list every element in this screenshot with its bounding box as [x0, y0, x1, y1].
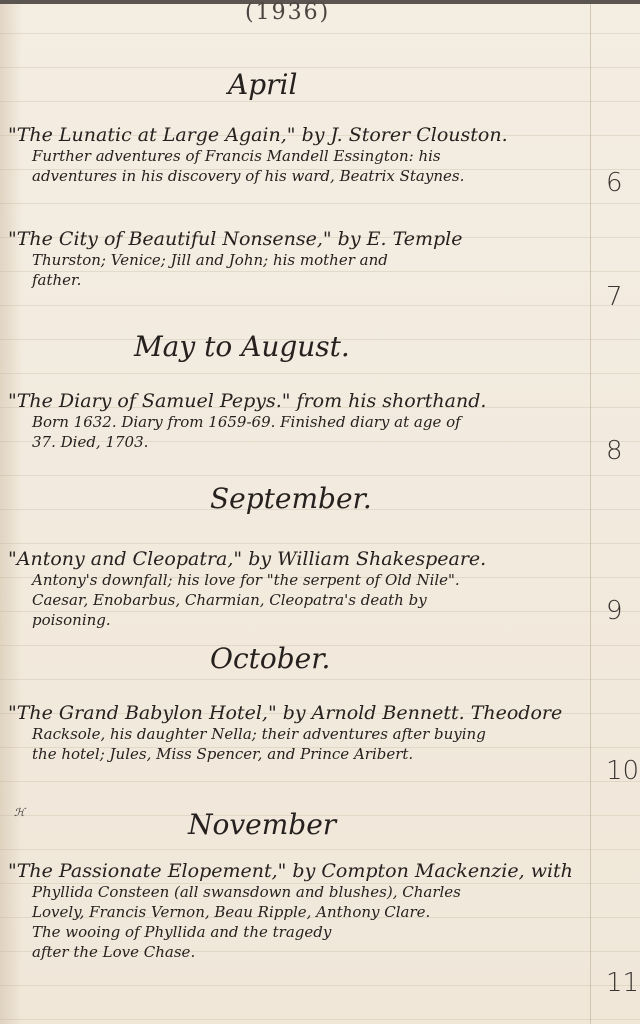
entry-description: Further adventures of Francis Mandell Es…: [8, 146, 578, 186]
desc-line: Thurston; Venice; Jill and John; his mot…: [32, 250, 578, 270]
entry-city-of-beautiful-nonsense: "The City of Beautiful Nonsense," by E. …: [8, 228, 578, 290]
page-number: 9: [606, 596, 623, 626]
month-heading-october: October.: [210, 642, 330, 675]
desc-line: Racksole, his daughter Nella; their adve…: [32, 724, 578, 744]
month-heading-april: April: [228, 68, 297, 101]
entry-description: Phyllida Consteen (all swansdown and blu…: [8, 882, 578, 962]
margin-scribble: ℋ: [14, 806, 25, 819]
right-margin-line: [590, 4, 591, 1024]
desc-line: poisoning.: [32, 610, 578, 630]
entry-title-line: "The Diary of Samuel Pepys." from his sh…: [8, 390, 578, 412]
month-heading-may-to-august: May to August.: [134, 330, 350, 363]
desc-line: Antony's downfall; his love for "the ser…: [32, 570, 578, 590]
entry-title-line: "The City of Beautiful Nonsense," by E. …: [8, 228, 578, 250]
entry-antony-and-cleopatra: "Antony and Cleopatra," by William Shake…: [8, 548, 578, 630]
month-heading-november: November: [188, 808, 336, 841]
entry-description: Antony's downfall; his love for "the ser…: [8, 570, 578, 630]
desc-line: father.: [32, 270, 578, 290]
diary-page: (1936) April "The Lunatic at Large Again…: [0, 0, 640, 1024]
entry-description: Born 1632. Diary from 1659-69. Finished …: [8, 412, 578, 452]
page-number: 11: [606, 968, 639, 998]
desc-line: 37. Died, 1703.: [32, 432, 578, 452]
desc-line: the hotel; Jules, Miss Spencer, and Prin…: [32, 744, 578, 764]
desc-line: Lovely, Francis Vernon, Beau Ripple, Ant…: [32, 902, 578, 922]
page-number: 6: [606, 168, 623, 198]
desc-line: Phyllida Consteen (all swansdown and blu…: [32, 882, 578, 902]
entry-title-line: "The Passionate Elopement," by Compton M…: [8, 860, 578, 882]
page-number: 10: [606, 756, 639, 786]
desc-line: Caesar, Enobarbus, Charmian, Cleopatra's…: [32, 590, 578, 610]
desc-line: after the Love Chase.: [32, 942, 578, 962]
page-number: 7: [606, 282, 623, 312]
page-number: 8: [606, 436, 623, 466]
desc-line: Born 1632. Diary from 1659-69. Finished …: [32, 412, 578, 432]
month-heading-september: September.: [210, 482, 372, 515]
entry-title-line: "The Lunatic at Large Again," by J. Stor…: [8, 124, 578, 146]
entry-diary-of-samuel-pepys: "The Diary of Samuel Pepys." from his sh…: [8, 390, 578, 452]
entry-description: Thurston; Venice; Jill and John; his mot…: [8, 250, 578, 290]
desc-line: Further adventures of Francis Mandell Es…: [32, 146, 578, 166]
entry-passionate-elopement: "The Passionate Elopement," by Compton M…: [8, 860, 578, 962]
entry-title-line: "Antony and Cleopatra," by William Shake…: [8, 548, 578, 570]
entry-description: Racksole, his daughter Nella; their adve…: [8, 724, 578, 764]
entry-lunatic-at-large: "The Lunatic at Large Again," by J. Stor…: [8, 124, 578, 186]
desc-line: adventures in his discovery of his ward,…: [32, 166, 578, 186]
entry-title-line: "The Grand Babylon Hotel," by Arnold Ben…: [8, 702, 578, 724]
desc-line: The wooing of Phyllida and the tragedy: [32, 922, 578, 942]
year-heading: (1936): [245, 0, 330, 25]
entry-grand-babylon-hotel: "The Grand Babylon Hotel," by Arnold Ben…: [8, 702, 578, 764]
